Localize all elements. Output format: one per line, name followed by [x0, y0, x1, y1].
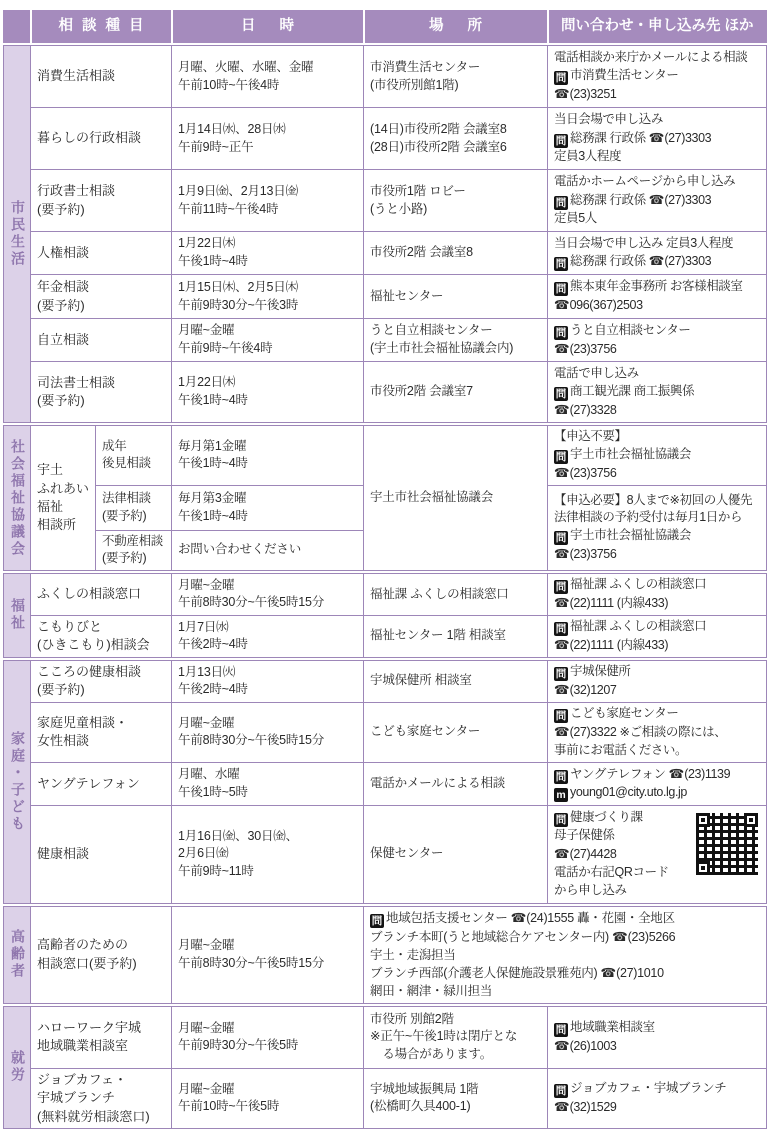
- cell-time: 月曜、火曜、水曜、金曜午前10時~午後4時: [172, 46, 364, 108]
- inquiry-icon: 問: [554, 1023, 568, 1037]
- table-row: 高齢者高齢者のための相談窓口(要予約)月曜~金曜午前8時30分~午後5時15分問…: [4, 906, 767, 1003]
- cell-type: 健康相談: [31, 805, 172, 903]
- cell-time: 1月16日㈮、30日㈮、2月6日㈮午前9時~11時: [172, 805, 364, 903]
- table-row: ヤングテレフォン月曜、水曜午後1時~5時電話かメールによる相談問ヤングテレフォン…: [4, 762, 767, 805]
- cell-group: 宇土ふれあい福祉相談所: [31, 426, 96, 571]
- phone-icon: ☎: [554, 682, 570, 697]
- cell-contact: 【申込必要】8人まで※初回の人優先法律相談の予約受付は毎月1日から問宇土市社会福…: [548, 485, 767, 571]
- table-row: 自立相談月曜~金曜午前9時~午後4時うと自立相談センター(宇土市社会福祉協議会内…: [4, 319, 767, 362]
- cell-contact: 問健康づくり課母子保健係☎(27)4428電話か右記QRコードから申し込み: [548, 805, 767, 903]
- header-corner-stub: [4, 11, 31, 43]
- phone-icon: ☎: [649, 192, 665, 207]
- phone-icon: ☎: [554, 341, 570, 356]
- phone-icon: ☎: [612, 929, 628, 944]
- cell-contact: 問ジョブカフェ・宇城ブランチ☎(32)1529: [548, 1068, 767, 1128]
- cell-place: (14日)市役所2階 会議室8(28日)市役所2階 会議室6: [364, 108, 548, 170]
- cell-type: 自立相談: [31, 319, 172, 362]
- cell-sub: 不動産相談(要予約): [96, 530, 172, 571]
- qr-code: [694, 811, 760, 877]
- cell-time: 毎月第1金曜午後1時~4時: [172, 426, 364, 486]
- cell-place: 電話かメールによる相談: [364, 762, 548, 805]
- cell-time: 1月15日㈭、2月5日㈭午前9時30分~午後3時: [172, 275, 364, 319]
- table-row: 健康相談1月16日㈮、30日㈮、2月6日㈮午前9時~11時保健センター問健康づく…: [4, 805, 767, 903]
- cell-type: ヤングテレフォン: [31, 762, 172, 805]
- cell-place: 保健センター: [364, 805, 548, 903]
- cell-contact: 当日会場で申し込み 定員3人程度問総務課 行政係 ☎(27)3303: [548, 232, 767, 275]
- cell-contact: 問宇城保健所☎(32)1207: [548, 660, 767, 702]
- inquiry-icon: 問: [554, 580, 568, 594]
- section-shakai-fukushi-kyogikai: 社会福祉協議会宇土ふれあい福祉相談所成年後見相談毎月第1金曜午後1時~4時宇土市…: [3, 425, 767, 571]
- category-label-koureisha: 高齢者: [4, 906, 31, 1003]
- cell-contact: 問福祉課 ふくしの相談窓口☎(22)1111 (内線433): [548, 615, 767, 657]
- cell-type: こもりびと(ひきこもり)相談会: [31, 615, 172, 657]
- cell-place: うと自立相談センター(宇土市社会福祉協議会内): [364, 319, 548, 362]
- cell-time: 1月13日㈫午後2時~4時: [172, 660, 364, 702]
- table-row: 司法書士相談(要予約)1月22日㈭午後1時~4時市役所2階 会議室7電話で申し込…: [4, 362, 767, 423]
- phone-icon: ☎: [601, 965, 617, 980]
- inquiry-icon: 問: [554, 134, 568, 148]
- inquiry-icon: 問: [554, 326, 568, 340]
- inquiry-icon: 問: [554, 531, 568, 545]
- cell-time: 1月7日㈬午後2時~4時: [172, 615, 364, 657]
- category-label-shimin-seikatsu: 市民生活: [4, 46, 31, 423]
- cell-contact: 電話相談か来庁かメールによる相談問市消費生活センター☎(23)3251: [548, 46, 767, 108]
- cell-type: 消費生活相談: [31, 46, 172, 108]
- cell-time: 月曜~金曜午前9時30分~午後5時: [172, 1006, 364, 1068]
- cell-type: 行政書士相談(要予約): [31, 170, 172, 232]
- phone-icon: ☎: [554, 846, 570, 861]
- cell-time: 月曜~金曜午前10時~午後5時: [172, 1068, 364, 1128]
- phone-icon: ☎: [649, 253, 665, 268]
- cell-place: 市役所2階 会議室7: [364, 362, 548, 423]
- cell-place: 市役所1階 ロビー(うと小路): [364, 170, 548, 232]
- table-row: 市民生活消費生活相談月曜、火曜、水曜、金曜午前10時~午後4時市消費生活センター…: [4, 46, 767, 108]
- inquiry-icon: 問: [554, 196, 568, 210]
- cell-contact: 電話で申し込み問商工観光課 商工振興係☎(27)3328: [548, 362, 767, 423]
- cell-sub: 成年後見相談: [96, 426, 172, 486]
- phone-icon: ☎: [554, 637, 570, 652]
- cell-type: 家庭児童相談・女性相談: [31, 702, 172, 762]
- phone-icon: ☎: [554, 595, 570, 610]
- cell-place: 宇城地域振興局 1階(松橋町久具400-1): [364, 1068, 548, 1128]
- cell-place: 市消費生活センター(市役所別館1階): [364, 46, 548, 108]
- cell-type: ふくしの相談窓口: [31, 574, 172, 616]
- category-label-fukushi: 福祉: [4, 574, 31, 658]
- consultation-table-page: 相談種目日時場所問い合わせ・申し込み先 ほか 市民生活消費生活相談月曜、火曜、水…: [0, 0, 777, 1135]
- cell-time: 1月14日㈬、28日㈬午前9時~正午: [172, 108, 364, 170]
- cell-place: 宇土市社会福祉協議会: [364, 426, 548, 571]
- inquiry-icon: 問: [554, 387, 568, 401]
- table-row: 暮らしの行政相談1月14日㈬、28日㈬午前9時~正午(14日)市役所2階 会議室…: [4, 108, 767, 170]
- cell-place: 市役所2階 会議室8: [364, 232, 548, 275]
- phone-icon: ☎: [554, 724, 570, 739]
- section-koureisha: 高齢者高齢者のための相談窓口(要予約)月曜~金曜午前8時30分~午後5時15分問…: [3, 906, 767, 1004]
- inquiry-icon: 問: [554, 622, 568, 636]
- cell-time: 1月22日㈭午後1時~4時: [172, 362, 364, 423]
- category-label-katei-kodomo: 家庭・子ども: [4, 660, 31, 903]
- section-shuro: 就労ハローワーク宇城地域職業相談室月曜~金曜午前9時30分~午後5時市役所 別館…: [3, 1006, 767, 1129]
- table-row: 人権相談1月22日㈭午後1時~4時市役所2階 会議室8当日会場で申し込み 定員3…: [4, 232, 767, 275]
- cell-wide: 問地域包括支援センター ☎(24)1555 轟・花園・全地区ブランチ本町(うと地…: [364, 906, 767, 1003]
- cell-type: 暮らしの行政相談: [31, 108, 172, 170]
- inquiry-icon: 問: [554, 709, 568, 723]
- cell-time: 月曜、水曜午後1時~5時: [172, 762, 364, 805]
- table-row: 就労ハローワーク宇城地域職業相談室月曜~金曜午前9時30分~午後5時市役所 別館…: [4, 1006, 767, 1068]
- inquiry-icon: 問: [554, 71, 568, 85]
- cell-contact: 電話かホームページから申し込み問総務課 行政係 ☎(27)3303定員5人: [548, 170, 767, 232]
- table-row: ジョブカフェ・宇城ブランチ(無料就労相談窓口)月曜~金曜午前10時~午後5時宇城…: [4, 1068, 767, 1128]
- inquiry-icon: 問: [554, 257, 568, 271]
- cell-contact: 当日会場で申し込み問総務課 行政係 ☎(27)3303定員3人程度: [548, 108, 767, 170]
- table-row: 行政書士相談(要予約)1月9日㈮、2月13日㈮午前11時~午後4時市役所1階 ロ…: [4, 170, 767, 232]
- phone-icon: ☎: [554, 297, 570, 312]
- cell-time: お問い合わせください: [172, 530, 364, 571]
- cell-type: 年金相談(要予約): [31, 275, 172, 319]
- category-label-shuro: 就労: [4, 1006, 31, 1128]
- phone-icon: ☎: [554, 86, 570, 101]
- mail-icon: m: [554, 788, 568, 802]
- inquiry-icon: 問: [554, 450, 568, 464]
- cell-time: 月曜~金曜午前9時~午後4時: [172, 319, 364, 362]
- cell-place: 福祉課 ふくしの相談窓口: [364, 574, 548, 616]
- header-col-type: 相談種目: [31, 11, 172, 43]
- inquiry-icon: 問: [370, 914, 384, 928]
- inquiry-icon: 問: [554, 1084, 568, 1098]
- table-row: 家庭・子どもこころの健康相談(要予約)1月13日㈫午後2時~4時宇城保健所 相談…: [4, 660, 767, 702]
- phone-icon: ☎: [554, 402, 570, 417]
- cell-place: 宇城保健所 相談室: [364, 660, 548, 702]
- header-col-time: 日時: [172, 11, 364, 43]
- table-row: 年金相談(要予約)1月15日㈭、2月5日㈭午前9時30分~午後3時福祉センター問…: [4, 275, 767, 319]
- phone-icon: ☎: [554, 1099, 570, 1114]
- cell-contact: 問熊本東年金事務所 お客様相談室☎096(367)2503: [548, 275, 767, 319]
- phone-icon: ☎: [554, 1038, 570, 1053]
- cell-time: 月曜~金曜午前8時30分~午後5時15分: [172, 906, 364, 1003]
- section-katei-kodomo: 家庭・子どもこころの健康相談(要予約)1月13日㈫午後2時~4時宇城保健所 相談…: [3, 660, 767, 904]
- cell-time: 1月22日㈭午後1時~4時: [172, 232, 364, 275]
- inquiry-icon: 問: [554, 813, 568, 827]
- cell-time: 1月9日㈮、2月13日㈮午前11時~午後4時: [172, 170, 364, 232]
- cell-type: 人権相談: [31, 232, 172, 275]
- table-body: 市民生活消費生活相談月曜、火曜、水曜、金曜午前10時~午後4時市消費生活センター…: [3, 45, 769, 1129]
- inquiry-icon: 問: [554, 770, 568, 784]
- phone-icon: ☎: [554, 546, 570, 561]
- cell-type: 高齢者のための相談窓口(要予約): [31, 906, 172, 1003]
- cell-contact: 【申込不要】問宇土市社会福祉協議会☎(23)3756: [548, 426, 767, 486]
- phone-icon: ☎: [649, 130, 665, 145]
- cell-place: こども家庭センター: [364, 702, 548, 762]
- cell-type: こころの健康相談(要予約): [31, 660, 172, 702]
- cell-place: 市役所 別館2階※正午~午後1時は閉庁とな る場合があります。: [364, 1006, 548, 1068]
- phone-icon: ☎: [511, 910, 527, 925]
- cell-contact: 問こども家庭センター☎(27)3322 ※ご相談の際には、事前にお電話ください。: [548, 702, 767, 762]
- cell-time: 月曜~金曜午前8時30分~午後5時15分: [172, 702, 364, 762]
- table-header: 相談種目日時場所問い合わせ・申し込み先 ほか: [3, 10, 769, 43]
- cell-type: ハローワーク宇城地域職業相談室: [31, 1006, 172, 1068]
- phone-icon: ☎: [554, 465, 570, 480]
- inquiry-icon: 問: [554, 282, 568, 296]
- cell-place: 福祉センター 1階 相談室: [364, 615, 548, 657]
- category-label-shakai-fukushi-kyogikai: 社会福祉協議会: [4, 426, 31, 571]
- section-shimin-seikatsu: 市民生活消費生活相談月曜、火曜、水曜、金曜午前10時~午後4時市消費生活センター…: [3, 45, 767, 423]
- cell-time: 毎月第3金曜午後1時~4時: [172, 485, 364, 530]
- cell-type: ジョブカフェ・宇城ブランチ(無料就労相談窓口): [31, 1068, 172, 1128]
- header-col-contact: 問い合わせ・申し込み先 ほか: [548, 11, 767, 43]
- cell-contact: 問福祉課 ふくしの相談窓口☎(22)1111 (内線433): [548, 574, 767, 616]
- cell-place: 福祉センター: [364, 275, 548, 319]
- cell-type: 司法書士相談(要予約): [31, 362, 172, 423]
- phone-icon: ☎: [669, 766, 685, 781]
- cell-contact: 問地域職業相談室☎(26)1003: [548, 1006, 767, 1068]
- cell-contact: 問ヤングテレフォン ☎(23)1139myoung01@city.uto.lg.…: [548, 762, 767, 805]
- table-row: こもりびと(ひきこもり)相談会1月7日㈬午後2時~4時福祉センター 1階 相談室…: [4, 615, 767, 657]
- inquiry-icon: 問: [554, 667, 568, 681]
- cell-contact: 問うと自立相談センター☎(23)3756: [548, 319, 767, 362]
- section-fukushi: 福祉ふくしの相談窓口月曜~金曜午前8時30分~午後5時15分福祉課 ふくしの相談…: [3, 573, 767, 658]
- header-col-place: 場所: [364, 11, 548, 43]
- cell-sub: 法律相談(要予約): [96, 485, 172, 530]
- table-row: 社会福祉協議会宇土ふれあい福祉相談所成年後見相談毎月第1金曜午後1時~4時宇土市…: [4, 426, 767, 486]
- table-row: 福祉ふくしの相談窓口月曜~金曜午前8時30分~午後5時15分福祉課 ふくしの相談…: [4, 574, 767, 616]
- table-row: 家庭児童相談・女性相談月曜~金曜午前8時30分~午後5時15分こども家庭センター…: [4, 702, 767, 762]
- cell-time: 月曜~金曜午前8時30分~午後5時15分: [172, 574, 364, 616]
